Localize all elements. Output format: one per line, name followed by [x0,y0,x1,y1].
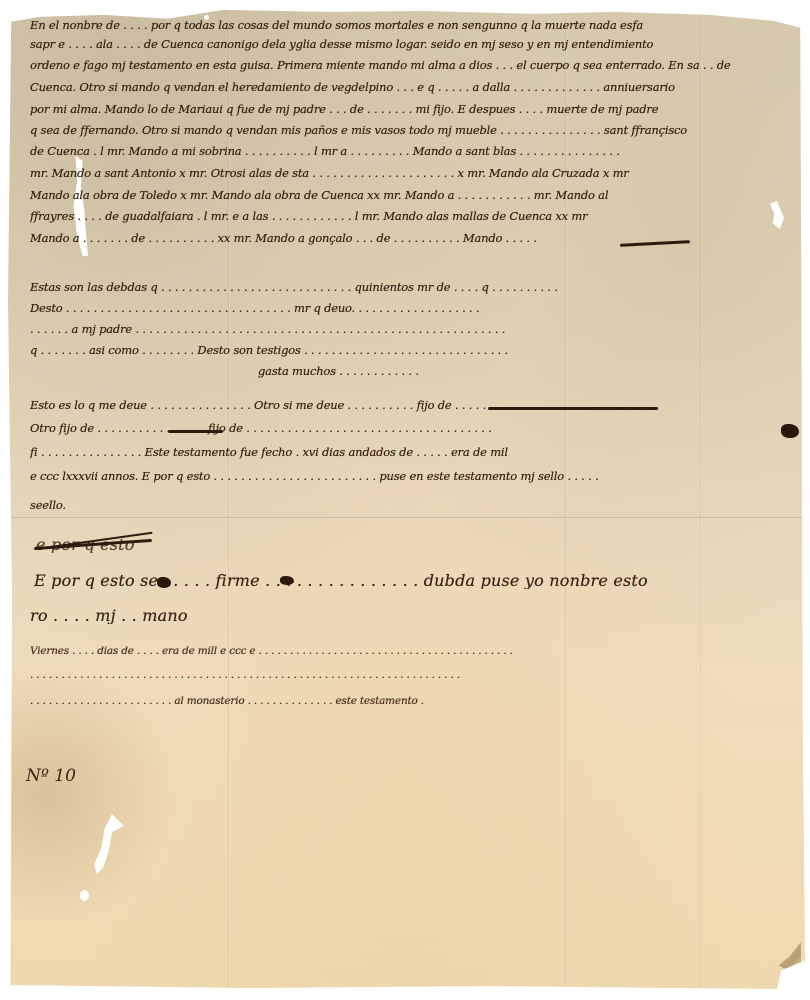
manuscript-line: de Cuenca . l mr. Mando a mi sobrina . .… [30,146,800,158]
manuscript-line: fi . . . . . . . . . . . . . . . Este te… [30,447,790,459]
manuscript-line: Esto es lo q me deue . . . . . . . . . .… [30,400,790,412]
manuscript-line: Otro fijo de . . . . . . . . . . . . . .… [30,423,790,435]
manuscript-page: En el nonbre de . . . . por q todas las … [8,6,805,990]
paper-tear [94,814,124,874]
manuscript-line: mr. Mando a sant Antonio x mr. Otrosi al… [30,168,800,180]
manuscript-line: ordeno e fago mj testamento en esta guis… [30,60,800,72]
manuscript-line: sapr e . . . . ala . . . . de Cuenca can… [30,39,800,51]
manuscript-line: . . . . . . a mj padre . . . . . . . . .… [30,324,800,336]
manuscript-line: Desto . . . . . . . . . . . . . . . . . … [30,303,800,315]
manuscript-line: q . . . . . . . asi como . . . . . . . .… [30,345,800,357]
manuscript-line: e ccc lxxxvii annos. E por q esto . . . … [30,471,790,483]
ink-blot [157,577,171,588]
manuscript-line: Viernes . . . . dias de . . . . era de m… [30,646,800,657]
manuscript-line: Mando a . . . . . . . de . . . . . . . .… [30,233,720,245]
manuscript-line: Estas son las debdas q . . . . . . . . .… [30,282,800,294]
manuscript-line: E por q esto sea . . . . firme . . . . .… [34,573,804,589]
manuscript-line: q sea de ffernando. Otro si mando q vend… [30,125,800,137]
strikethrough-mark [488,407,658,410]
manuscript-line: ffrayres . . . . de guadalfaiara . l mr.… [30,211,800,223]
ink-blot [280,576,294,585]
horizontal-fold-line [8,517,805,519]
archival-number: Nº 10 [26,766,76,786]
folded-corner [773,942,801,978]
manuscript-line: ro . . . . mj . . mano [30,608,270,624]
manuscript-line: por mi alma. Mando lo de Mariaui q fue d… [30,104,800,116]
strikethrough-mark [168,430,223,433]
manuscript-line: Mando ala obra de Toledo x mr. Mando ala… [30,190,800,202]
manuscript-line: . . . . . . . . . . . . . . . . . . . . … [30,670,800,681]
manuscript-line: . . . . . . . . . . . . . . . . . . . . … [30,696,530,707]
manuscript-line: gasta muchos . . . . . . . . . . . . [258,366,458,378]
manuscript-line: seello. [30,500,110,512]
ink-blot [781,424,799,438]
paper-hole [80,890,89,901]
manuscript-line: En el nonbre de . . . . por q todas las … [30,20,800,32]
manuscript-line: Cuenca. Otro si mando q vendan el hereda… [30,82,800,94]
